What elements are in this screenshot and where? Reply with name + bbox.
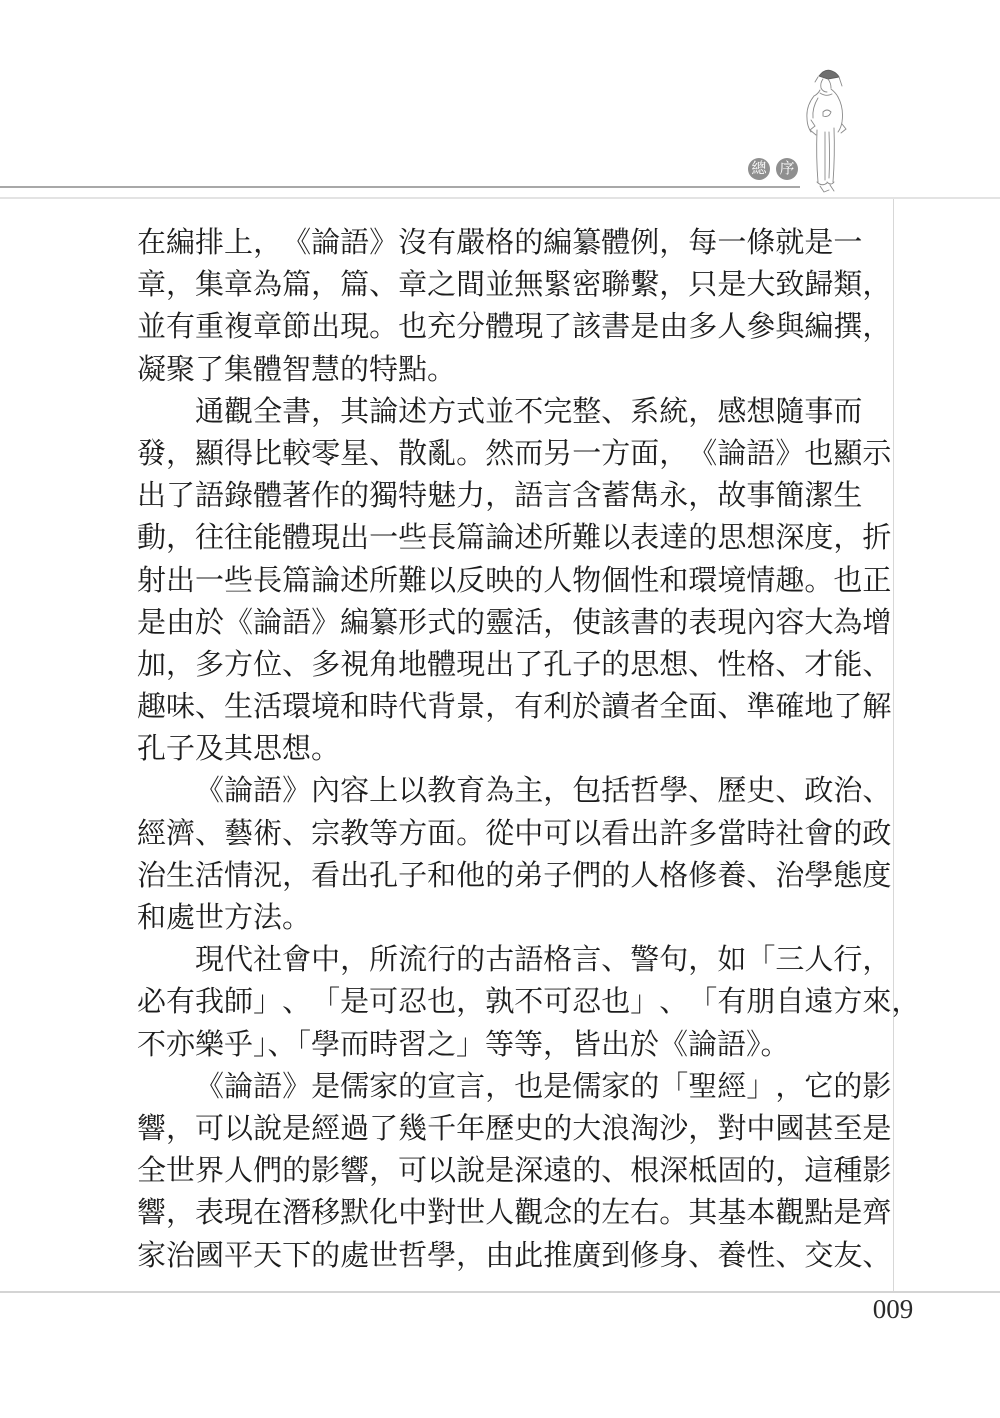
text-line: 經濟、藝術、宗教等方面。從中可以看出許多當時社會的政: [137, 813, 862, 855]
text-line: 是由於《論語》編纂形式的靈活，使該書的表現內容大為增: [137, 602, 862, 644]
text-line: 發，顯得比較零星、散亂。然而另一方面，《論語》也顯示: [137, 433, 862, 475]
book-page: 總 序 在編排上，《論語》沒有嚴格的編纂體例，每一條就是一章，集章為篇，篇、章之…: [0, 0, 1000, 1418]
text-body: 在編排上，《論語》沒有嚴格的編纂體例，每一條就是一章，集章為篇，篇、章之間並無緊…: [137, 222, 862, 1277]
text-line: 全世界人們的影響，可以說是深遠的、根深柢固的，這種影: [137, 1150, 862, 1192]
page-number: 009: [856, 1294, 930, 1325]
text-line: 現代社會中，所流行的古語格言、警句，如「三人行，: [137, 939, 862, 981]
header-rule-light: [0, 197, 1000, 199]
text-line: 射出一些長篇論述所難以反映的人物個性和環境情趣。也正: [137, 560, 862, 602]
section-badge-char: 序: [779, 161, 794, 177]
text-line: 在編排上，《論語》沒有嚴格的編纂體例，每一條就是一: [137, 222, 862, 264]
text-line: 動，往往能體現出一些長篇論述所難以表達的思想深度，折: [137, 517, 862, 559]
text-line: 出了語錄體著作的獨特魅力，語言含蓄雋永，故事簡潔生: [137, 475, 862, 517]
confucius-figure-illustration: [798, 66, 854, 198]
text-line: 《論語》內容上以教育為主，包括哲學、歷史、政治、: [137, 770, 862, 812]
text-line: 並有重複章節出現。也充分體現了該書是由多人參與編撰，: [137, 306, 862, 348]
text-line: 加，多方位、多視角地體現出了孔子的思想、性格、才能、: [137, 644, 862, 686]
text-line: 章，集章為篇，篇、章之間並無緊密聯繫，只是大致歸類，: [137, 264, 862, 306]
text-line: 家治國平天下的處世哲學，由此推廣到修身、養性、交友、: [137, 1235, 862, 1277]
text-line: 孔子及其思想。: [137, 728, 862, 770]
frame-right-rule: [893, 199, 894, 1291]
text-line: 通觀全書，其論述方式並不完整、系統，感想隨事而: [137, 391, 862, 433]
text-line: 和處世方法。: [137, 897, 862, 939]
text-line: 凝聚了集體智慧的特點。: [137, 349, 862, 391]
text-line: 響，可以說是經過了幾千年歷史的大浪淘沙，對中國甚至是: [137, 1108, 862, 1150]
section-badge-circle-2: 序: [776, 158, 798, 180]
text-line: 趣味、生活環境和時代背景，有利於讀者全面、準確地了解: [137, 686, 862, 728]
text-line: 《論語》是儒家的宣言，也是儒家的「聖經」，它的影: [137, 1066, 862, 1108]
header-rule-dark: [0, 186, 800, 188]
section-badge-circle-1: 總: [748, 158, 770, 180]
text-line: 不亦樂乎」、「學而時習之」等等，皆出於《論語》。: [137, 1024, 862, 1066]
text-line: 治生活情況，看出孔子和他的弟子們的人格修養、治學態度: [137, 855, 862, 897]
section-badge-char: 總: [751, 161, 766, 177]
text-line: 必有我師」、「是可忍也，孰不可忍也」、「有朋自遠方來，: [137, 981, 862, 1023]
text-line: 響，表現在潛移默化中對世人觀念的左右。其基本觀點是齊: [137, 1192, 862, 1234]
footer-rule: [0, 1291, 1000, 1293]
